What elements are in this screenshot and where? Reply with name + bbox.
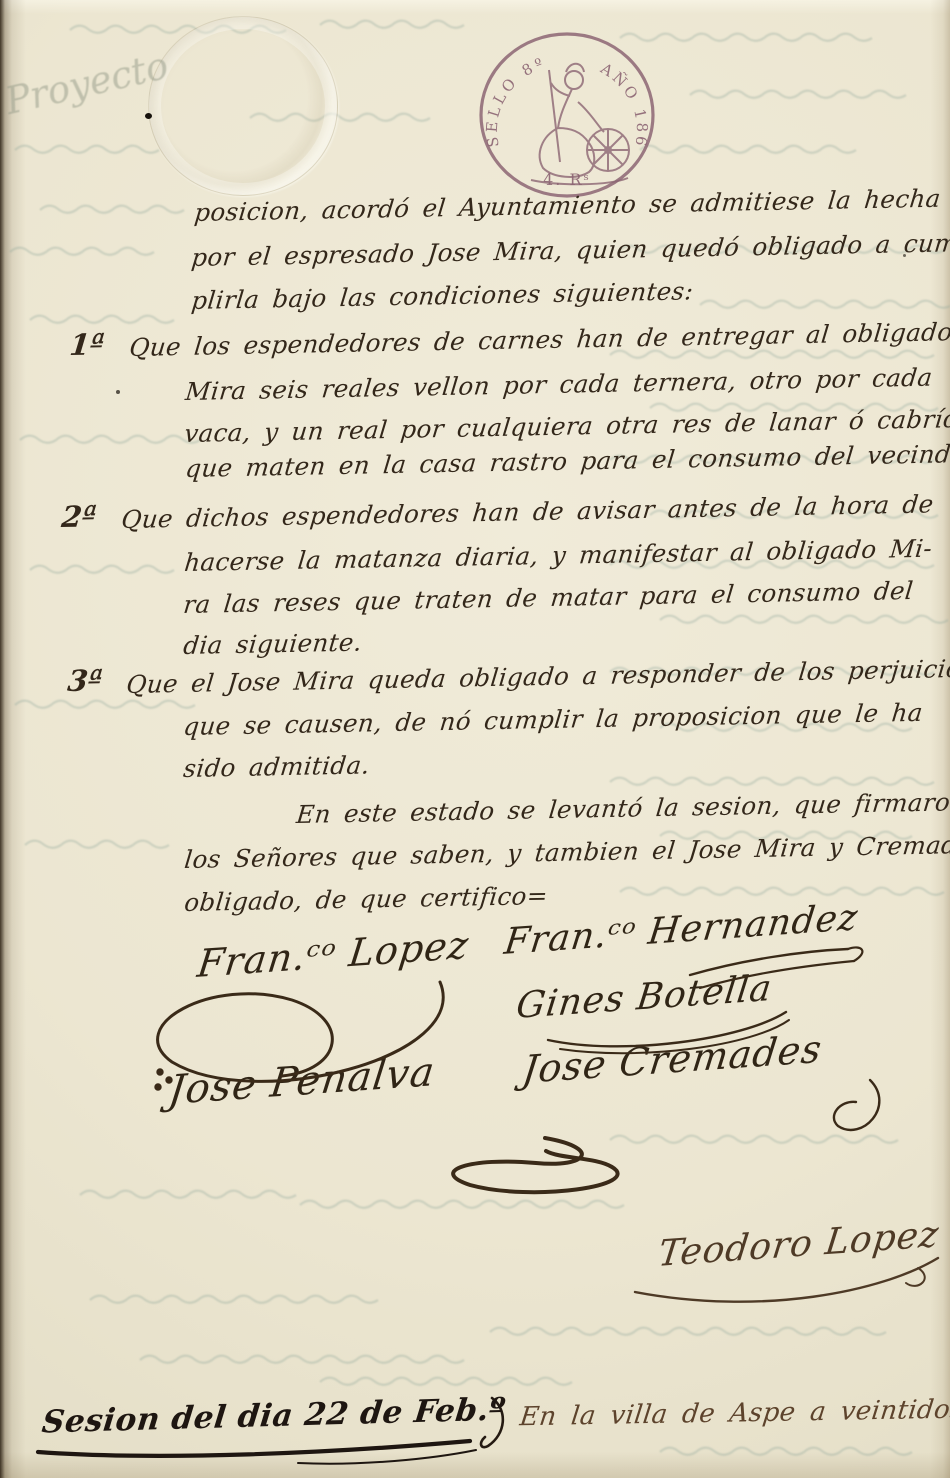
cremades-tail — [834, 1080, 879, 1130]
heading-underline — [38, 1441, 470, 1456]
signature-flourishes — [0, 0, 950, 1478]
botella-underline — [548, 1012, 786, 1046]
manuscript-page: Proyecto SELLO 8º AÑO 1864. 4. Rˢ posic — [0, 0, 950, 1478]
teodoro-underline — [635, 1258, 938, 1302]
penalva-rubric — [453, 1138, 617, 1192]
lopez-rubric — [158, 982, 444, 1081]
ink-speck — [116, 390, 120, 394]
ink-speck — [903, 254, 906, 257]
hernandez-rubric — [690, 949, 848, 975]
ink-speck — [145, 113, 152, 119]
